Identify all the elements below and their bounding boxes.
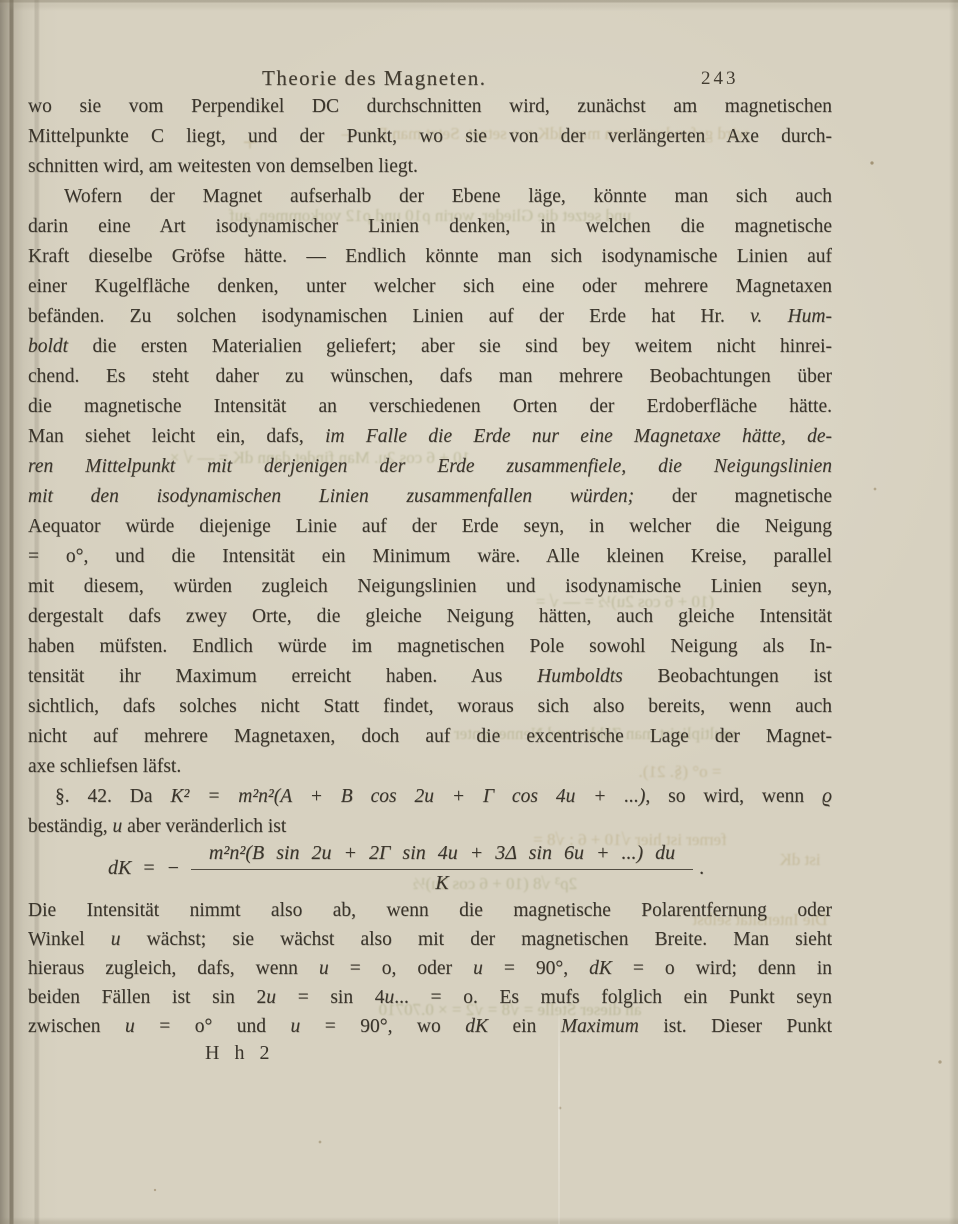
text-segment: = o wird; denn in: [612, 958, 832, 979]
text-line: darin eine Art isodynamischer Linien den…: [28, 212, 832, 242]
text-segment: beiden Fällen ist sin 2: [28, 987, 266, 1008]
text-segment-italic: ϱ: [822, 786, 832, 807]
text-line: beiden Fällen ist sin 2u = sin 4u... = o…: [28, 983, 832, 1013]
text-segment: Kraft dieselbe Gröfse hätte. — Endlich k…: [28, 246, 832, 267]
text-line: nicht auf mehrere Magnetaxen, doch auf d…: [28, 722, 832, 752]
text-segment-italic: boldt: [28, 336, 68, 357]
text-line: Mittelpunkte C liegt, und der Punkt, wo …: [28, 122, 832, 152]
text-segment: Die Intensität nimmt also ab, wenn die m…: [28, 900, 832, 921]
text-line: hieraus zugleich, dafs, wenn u = o, oder…: [28, 954, 832, 984]
signature-mark: H h 2: [205, 1042, 271, 1065]
text-line: mit diesem, würden zugleich Neigungslini…: [28, 572, 832, 602]
text-segment: darin eine Art isodynamischer Linien den…: [28, 216, 832, 237]
text-line: Wofern der Magnet aufserhalb der Ebene l…: [28, 182, 832, 212]
text-segment: = 90°, wo: [300, 1016, 465, 1037]
text-segment-italic: u: [125, 1016, 135, 1037]
text-line: wo sie vom Perpendikel DC durchschnitten…: [28, 92, 832, 122]
text-segment: die ersten Materialien geliefert; aber s…: [68, 336, 832, 357]
text-segment: = o, oder: [329, 958, 473, 979]
formula-equals: =: [143, 857, 155, 880]
text-segment: beständig,: [28, 816, 112, 837]
text-segment-italic: u: [291, 1016, 301, 1037]
text-segment-italic: dK: [465, 1016, 488, 1037]
text-line: einer Kugelfläche denken, unter welcher …: [28, 272, 832, 302]
text-segment: Man siehet leicht ein, dafs,: [28, 426, 325, 447]
text-segment-italic: im Falle die Erde nur eine Magnetaxe hät…: [325, 426, 832, 447]
text-line: Winkel u wächst; sie wächst also mit der…: [28, 925, 832, 955]
text-segment: Aequator würde diejenige Linie auf der E…: [28, 516, 832, 537]
text-line: haben müfsten. Endlich würde im magnetis…: [28, 632, 832, 662]
text-segment: = 90°,: [483, 958, 589, 979]
fraction: m²n²(B sin 2u + 2Γ sin 4u + 3Δ sin 6u + …: [191, 842, 693, 895]
text-line: sichtlich, dafs solches nicht Statt find…: [28, 692, 832, 722]
text-segment-italic: ren Mittelpunkt mit derjenigen der Erde …: [28, 456, 832, 477]
text-segment: axe schliefsen läfst.: [28, 756, 181, 777]
text-line: schnitten wird, am weitesten von demselb…: [28, 152, 832, 182]
text-segment-italic: Maximum: [561, 1016, 639, 1037]
fraction-numerator: m²n²(B sin 2u + 2Γ sin 4u + 3Δ sin 6u + …: [191, 842, 693, 869]
text-segment: = o°, und die Intensität ein Minimum wär…: [28, 546, 832, 567]
text-line: boldt die ersten Materialien geliefert; …: [28, 332, 832, 362]
text-line: befänden. Zu solchen isodynamischen Lini…: [28, 302, 832, 332]
text-segment-italic: Humboldts: [537, 666, 623, 687]
book-page: wird gefunden, wenn man ddK = o setzet. …: [0, 0, 958, 1224]
text-line: mit den isodynamischen Linien zusammenfa…: [28, 482, 832, 512]
text-segment: Mittelpunkte C liegt, und der Punkt, wo …: [28, 126, 832, 147]
text-line: beständig, u aber veränderlich ist: [28, 812, 832, 842]
text-segment: chend. Es steht daher zu wünschen, dafs …: [28, 366, 832, 387]
text-segment-italic: u: [385, 987, 395, 1008]
text-line: axe schliefsen läfst.: [28, 752, 832, 782]
text-segment: Beobachtungen ist: [623, 666, 832, 687]
fraction-denominator: K: [191, 869, 693, 895]
text-segment: dergestalt dafs zwey Orte, die gleiche N…: [28, 606, 832, 627]
formula-lhs: dK: [108, 857, 131, 880]
text-block: wo sie vom Perpendikel DC durchschnitten…: [0, 0, 958, 1224]
text-line: Aequator würde diejenige Linie auf der E…: [28, 512, 832, 542]
text-segment-italic: u: [112, 816, 122, 837]
text-segment-italic: v. Hum-: [750, 306, 832, 327]
text-segment: Wofern der Magnet aufserhalb der Ebene l…: [64, 186, 832, 207]
text-segment: ... = o. Es mufs folglich ein Punkt seyn: [394, 987, 832, 1008]
text-segment-italic: dK: [589, 958, 612, 979]
text-segment: die magnetische Intensität an verschiede…: [28, 396, 832, 417]
text-segment: haben müfsten. Endlich würde im magnetis…: [28, 636, 832, 657]
text-line: ren Mittelpunkt mit derjenigen der Erde …: [28, 452, 832, 482]
text-segment: befänden. Zu solchen isodynamischen Lini…: [28, 306, 750, 327]
text-segment: ist. Dieser Punkt: [639, 1016, 832, 1037]
formula-minus-sign: −: [168, 857, 179, 880]
text-segment: aber veränderlich ist: [122, 816, 286, 837]
text-segment: Winkel: [28, 929, 111, 950]
text-segment: der magnetische: [634, 486, 832, 507]
paper-crease: [558, 990, 560, 1224]
text-segment: , so wird, wenn: [645, 786, 822, 807]
text-segment: schnitten wird, am weitesten von demselb…: [28, 156, 418, 177]
text-line: tensität ihr Maximum erreicht haben. Aus…: [28, 662, 832, 692]
text-segment-italic: u: [473, 958, 483, 979]
text-segment: nicht auf mehrere Magnetaxen, doch auf d…: [28, 726, 832, 747]
text-segment: hieraus zugleich, dafs, wenn: [28, 958, 319, 979]
text-line: §. 42. Da K² = m²n²(A + B cos 2u + Γ cos…: [28, 782, 832, 812]
text-line: Die Intensität nimmt also ab, wenn die m…: [28, 896, 832, 926]
text-segment: = o° und: [135, 1016, 291, 1037]
text-segment: einer Kugelfläche denken, unter welcher …: [28, 276, 832, 297]
text-line: Kraft dieselbe Gröfse hätte. — Endlich k…: [28, 242, 832, 272]
text-segment: tensität ihr Maximum erreicht haben. Aus: [28, 666, 537, 687]
text-segment-italic: u: [319, 958, 329, 979]
text-segment: zwischen: [28, 1016, 125, 1037]
text-segment: mit diesem, würden zugleich Neigungslini…: [28, 576, 832, 597]
text-segment-italic: mit den isodynamischen Linien zusammenfa…: [28, 486, 634, 507]
text-line: Man siehet leicht ein, dafs, im Falle di…: [28, 422, 832, 452]
text-segment: wächst; sie wächst also mit der magnetis…: [121, 929, 832, 950]
text-segment: §. 42. Da: [55, 786, 170, 807]
text-segment: wo sie vom Perpendikel DC durchschnitten…: [28, 96, 832, 117]
text-segment: = sin 4: [276, 987, 384, 1008]
text-segment-italic: u: [111, 929, 121, 950]
formula-period: .: [699, 857, 704, 880]
text-segment-italic: K² = m²n²(A + B cos 2u + Γ cos 4u + ...): [170, 786, 645, 807]
text-segment-italic: u: [266, 987, 276, 1008]
text-line: = o°, und die Intensität ein Minimum wär…: [28, 542, 832, 572]
text-line: die magnetische Intensität an verschiede…: [28, 392, 832, 422]
formula-dk: dK = − m²n²(B sin 2u + 2Γ sin 4u + 3Δ si…: [108, 842, 704, 895]
text-line: dergestalt dafs zwey Orte, die gleiche N…: [28, 602, 832, 632]
text-line: chend. Es steht daher zu wünschen, dafs …: [28, 362, 832, 392]
text-line: zwischen u = o° und u = 90°, wo dK ein M…: [28, 1012, 832, 1042]
text-segment: ein: [488, 1016, 561, 1037]
text-segment: sichtlich, dafs solches nicht Statt find…: [28, 696, 832, 717]
